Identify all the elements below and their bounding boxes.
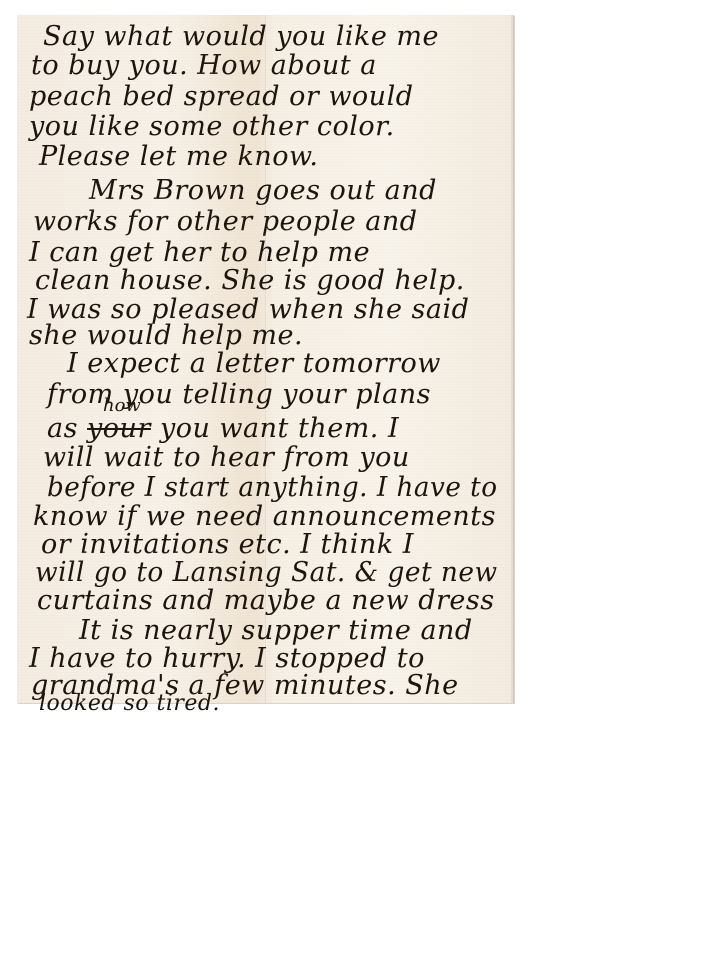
letter-line: or invitations etc. I think I [41, 529, 414, 560]
letter-line: clean house. She is good help. [35, 265, 465, 296]
letter-line: works for other people and [33, 206, 418, 237]
letter-line: curtains and maybe a new dress [37, 585, 495, 616]
letter-line: to buy you. How about a [31, 50, 377, 81]
letter-line: she would help me. [29, 320, 303, 351]
letter-line: I expect a letter tomorrow [67, 348, 441, 379]
letter-page: Say what would you like me to buy you. H… [17, 15, 514, 703]
letter-line: It is nearly supper time and [79, 615, 473, 646]
letter-line-with-correction: as your you want them. I [47, 413, 399, 444]
struck-word: your [87, 413, 151, 444]
line-start: as [47, 413, 87, 444]
letter-line: before I start anything. I have to [47, 472, 498, 503]
letter-line: will wait to hear from you [43, 442, 410, 473]
letter-line: you like some other color. [29, 111, 395, 142]
letter-line: I can get her to help me [29, 237, 370, 268]
letter-line: looked so tired. [39, 691, 220, 716]
letter-line: Please let me know. [39, 141, 319, 172]
letter-line: Say what would you like me [43, 21, 439, 52]
letter-line: peach bed spread or would [29, 81, 414, 112]
line-end: you want them. I [151, 413, 399, 444]
letter-line: Mrs Brown goes out and [89, 175, 437, 206]
letter-line: know if we need announcements [33, 501, 496, 532]
letter-line: will go to Lansing Sat. & get new [35, 557, 498, 588]
